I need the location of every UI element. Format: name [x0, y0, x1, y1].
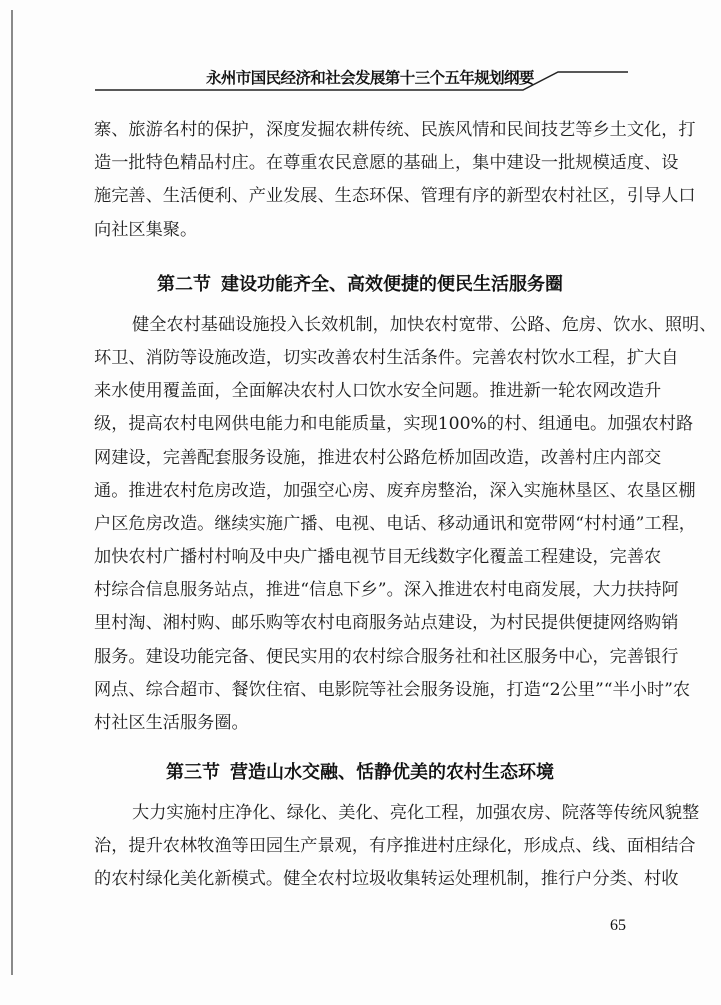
text-line: 里村淘、湘村购、邮乐购等农村电商服务站点建设，为村民提供便捷网络购销: [94, 612, 626, 634]
text-line: 加快农村广播村村响及中央广播电视节目无线数字化覆盖工程建设，完善农: [94, 546, 626, 568]
text-line: 环卫、消防等设施改造，切实改善农村生活条件。完善农村饮水工程，扩大自: [94, 347, 626, 369]
text-line: 网建设，完善配套服务设施，推进农村公路危桥加固改造，改善村庄内部交: [94, 447, 626, 469]
page-spine-line: [11, 10, 13, 975]
text-line: 村综合信息服务站点，推进“信息下乡”。深入推进农村电商发展，大力扶持阿: [94, 579, 626, 601]
text-line: 施完善、生活便利、产业发展、生态环保、管理有序的新型农村社区，引导人口: [94, 185, 626, 207]
text-line: 的农村绿化美化新模式。健全农村垃圾收集转运处理机制，推行户分类、村收: [94, 868, 626, 890]
text-line: 村社区生活服务圈。: [94, 712, 626, 734]
text-line: 向社区集聚。: [94, 219, 626, 241]
section-heading-3: 第三节营造山水交融、恬静优美的农村生态环境: [94, 761, 626, 785]
text-line: 户区危房改造。继续实施广播、电视、电话、移动通讯和宽带网“村村通”工程，: [94, 513, 626, 535]
section-number: 第三节: [166, 762, 220, 783]
page-number: 65: [610, 917, 626, 935]
text-line: 网点、综合超市、餐饮住宿、电影院等社会服务设施，打造“2公里”“半小时”农: [94, 679, 626, 701]
text-line: 来水使用覆盖面，全面解决农村人口饮水安全问题。推进新一轮农网改造升: [94, 380, 626, 402]
section-number: 第二节: [157, 274, 211, 295]
running-head: 永州市国民经济和社会发展第十三个五年规划纲要: [0, 0, 721, 100]
text-line: 通。推进农村危房改造，加强空心房、废弃房整治，深入实施林垦区、农垦区棚: [94, 480, 626, 502]
text-line: 治，提升农林牧渔等田园生产景观，有序推进村庄绿化，形成点、线、面相结合: [94, 835, 626, 857]
text-line: 服务。建设功能完备、便民实用的农村综合服务社和社区服务中心，完善银行: [94, 646, 626, 668]
text-line: 造一批特色精品村庄。在尊重农民意愿的基础上，集中建设一批规模适度、设: [94, 152, 626, 174]
text-line: 级，提高农村电网供电能力和电能质量，实现100%的村、组通电。加强农村路: [94, 413, 626, 435]
section-title: 建设功能齐全、高效便捷的便民生活服务圈: [221, 274, 563, 295]
text-line: 大力实施村庄净化、绿化、美化、亮化工程，加强农房、院落等传统风貌整: [132, 802, 626, 824]
text-line: 寨、旅游名村的保护，深度发掘农耕传统、民族风情和民间技艺等乡土文化，打: [94, 119, 626, 141]
section-heading-2: 第二节建设功能齐全、高效便捷的便民生活服务圈: [94, 273, 626, 297]
section-title: 营造山水交融、恬静优美的农村生态环境: [230, 762, 554, 783]
text-line: 健全农村基础设施投入长效机制，加快农村宽带、公路、危房、饮水、照明、: [132, 314, 626, 336]
running-head-title: 永州市国民经济和社会发展第十三个五年规划纲要: [206, 66, 534, 88]
